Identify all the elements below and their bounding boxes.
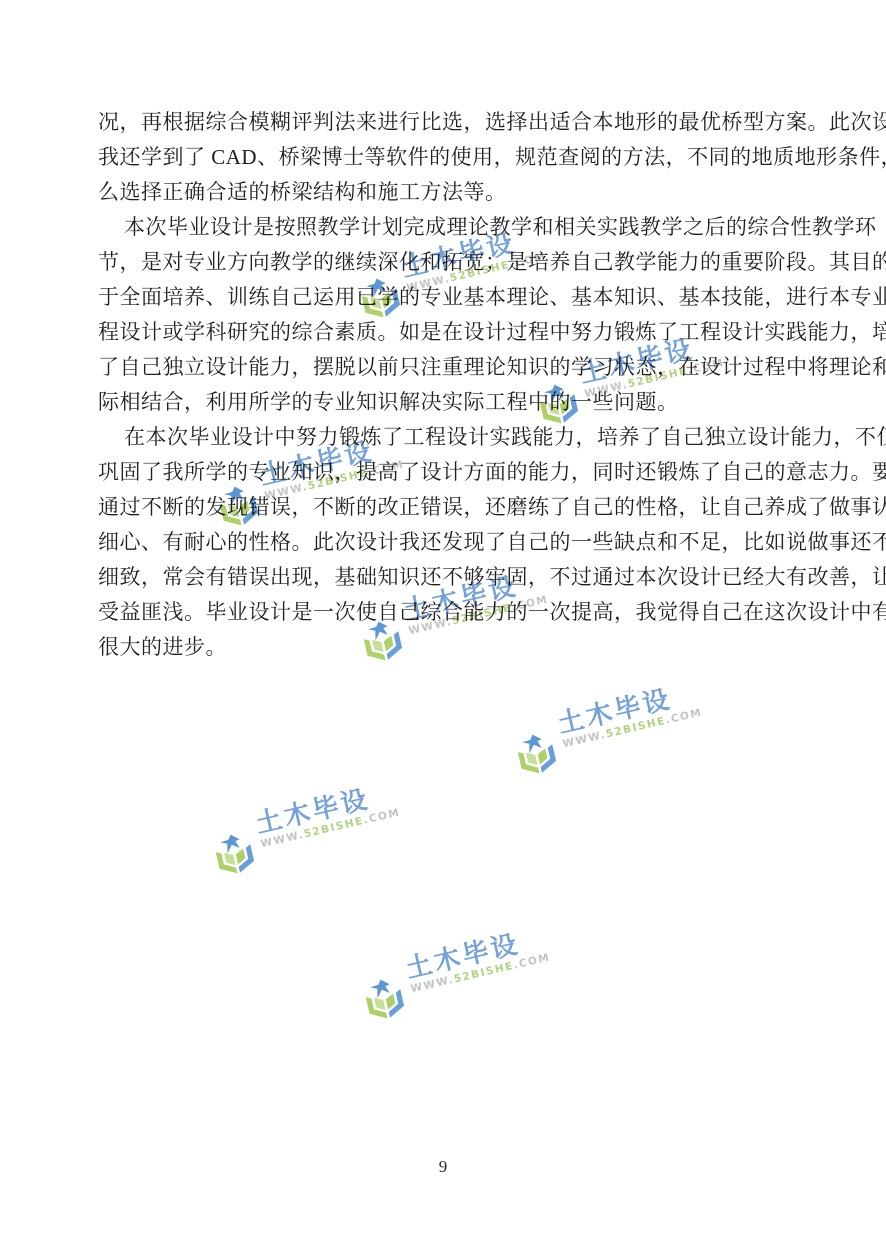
watermark-text: 土木毕设 WWW.52BISHE.COM	[253, 779, 402, 851]
watermark-url: WWW.52BISHE.COM	[410, 951, 552, 996]
watermark-stamp: 土木毕设 WWW.52BISHE.COM	[507, 679, 708, 783]
watermark-url-domain: 52BISHE	[605, 715, 667, 740]
watermark-brand: 土木毕设	[555, 679, 701, 738]
text-line: 程设计或学科研究的综合素质。如是在设计过程中努力锻炼了工程设计实践能力，培养	[98, 315, 798, 350]
watermark-url-tld: .COM	[512, 951, 551, 971]
watermark-url-domain: 52BISHE	[303, 815, 365, 840]
watermark-stamp: 土木毕设 WWW.52BISHE.COM	[355, 924, 556, 1028]
text-line: 么选择正确合适的桥梁结构和施工方法等。	[98, 175, 798, 210]
watermark-url-www: WWW.	[410, 974, 456, 996]
text-line: 况，再根据综合模糊评判法来进行比选，选择出适合本地形的最优桥型方案。此次设计	[98, 105, 798, 140]
text-line: 节，是对专业方向教学的继续深化和拓宽；是培养自己教学能力的重要阶段。其目的在	[98, 245, 798, 280]
watermark-brand: 土木毕设	[403, 924, 549, 983]
text-line: 在本次毕业设计中努力锻炼了工程设计实践能力，培养了自己独立设计能力，不仅	[98, 420, 798, 455]
text-line: 受益匪浅。毕业设计是一次使自己综合能力的一次提高，我觉得自己在这次设计中有了	[98, 595, 798, 630]
text-line: 我还学到了 CAD、桥梁博士等软件的使用，规范查阅的方法，不同的地质地形条件，怎	[98, 140, 798, 175]
watermark-url: WWW.52BISHE.COM	[260, 806, 402, 851]
watermark-url-www: WWW.	[260, 829, 306, 851]
watermark-url-domain: 52BISHE	[453, 960, 515, 985]
text-line: 细致，常会有错误出现，基础知识还不够牢固，不过通过本次设计已经大有改善，让我	[98, 560, 798, 595]
watermark-url-www: WWW.	[562, 729, 608, 751]
text-line: 际相结合，利用所学的专业知识解决实际工程中的一些问题。	[98, 385, 798, 420]
body-text: 况，再根据综合模糊评判法来进行比选，选择出适合本地形的最优桥型方案。此次设计 我…	[98, 105, 798, 665]
text-line: 本次毕业设计是按照教学计划完成理论教学和相关实践教学之后的综合性教学环	[98, 210, 798, 245]
open-book-bird-logo-icon	[511, 728, 562, 783]
document-page: 况，再根据综合模糊评判法来进行比选，选择出适合本地形的最优桥型方案。此次设计 我…	[0, 0, 886, 1253]
page-number: 9	[0, 1157, 886, 1177]
watermark-url: WWW.52BISHE.COM	[562, 706, 704, 751]
watermark-url-tld: .COM	[362, 806, 401, 826]
watermark-text: 土木毕设 WWW.52BISHE.COM	[555, 679, 704, 751]
text-line: 于全面培养、训练自己运用已学的专业基本理论、基本知识、基本技能，进行本专业工	[98, 280, 798, 315]
text-line: 了自己独立设计能力，摆脱以前只注重理论知识的学习状态，在设计过程中将理论和实	[98, 350, 798, 385]
text-line: 很大的进步。	[98, 630, 798, 665]
text-line: 细心、有耐心的性格。此次设计我还发现了自己的一些缺点和不足，比如说做事还不够	[98, 525, 798, 560]
text-line: 巩固了我所学的专业知识，提高了设计方面的能力，同时还锻炼了自己的意志力。要的	[98, 455, 798, 490]
watermark-stamp: 土木毕设 WWW.52BISHE.COM	[205, 779, 406, 883]
watermark-brand: 土木毕设	[253, 779, 399, 838]
open-book-bird-logo-icon	[209, 828, 260, 883]
open-book-bird-logo-icon	[359, 973, 410, 1028]
watermark-url-tld: .COM	[664, 706, 703, 726]
text-line: 通过不断的发现错误，不断的改正错误，还磨练了自己的性格，让自己养成了做事认真	[98, 490, 798, 525]
watermark-text: 土木毕设 WWW.52BISHE.COM	[403, 924, 552, 996]
